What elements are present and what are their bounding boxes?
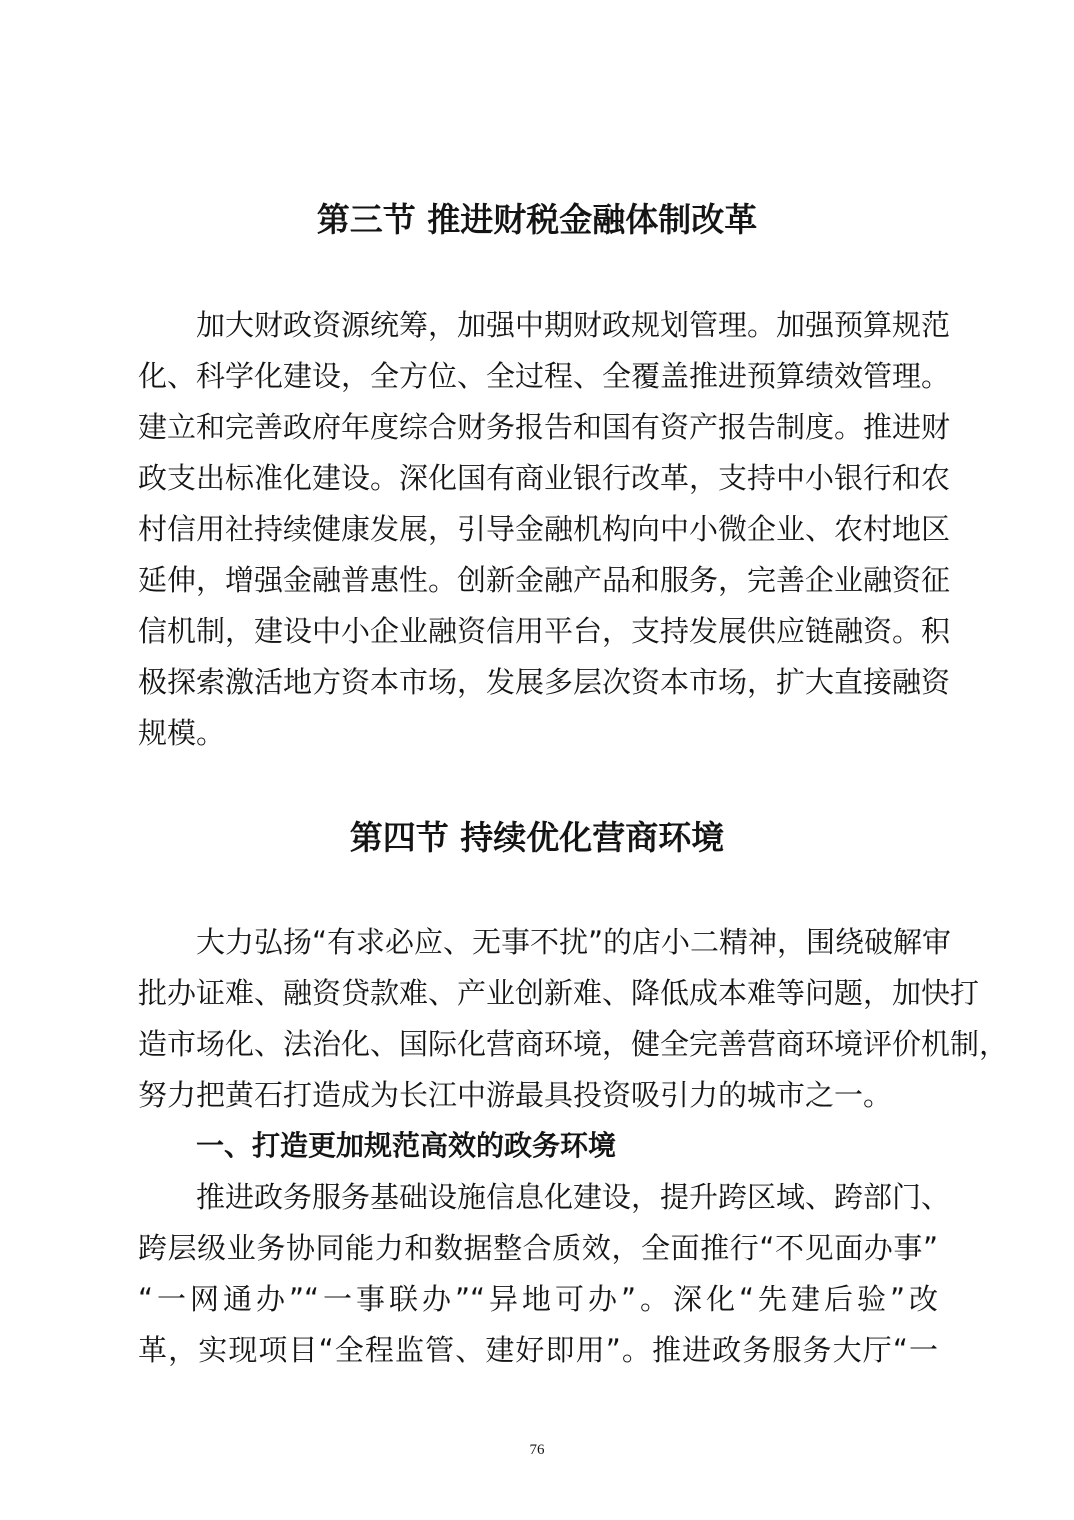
paragraph-line: 造市场化、法治化、国际化营商环境，健全完善营商环境评价机制， [138, 1026, 938, 1062]
paragraph-line: 村信用社持续健康发展，引导金融机构向中小微企业、农村地区 [138, 511, 938, 547]
paragraph-line: 政支出标准化建设。深化国有商业银行改革，支持中小银行和农 [138, 460, 938, 496]
paragraph-line: 推进政务服务基础设施信息化建设，提升跨区域、跨部门、 [196, 1179, 938, 1215]
section-heading-4: 第四节 持续优化营商环境 [0, 818, 1074, 858]
paragraph-line: 延伸，增强金融普惠性。创新金融产品和服务，完善企业融资征 [138, 562, 938, 598]
page-number: 76 [0, 1440, 1074, 1460]
paragraph-line: 努力把黄石打造成为长江中游最具投资吸引力的城市之一。 [138, 1077, 938, 1113]
paragraph-line: 加大财政资源统筹，加强中期财政规划管理。加强预算规范 [196, 307, 938, 343]
paragraph-line: 极探索激活地方资本市场，发展多层次资本市场，扩大直接融资 [138, 664, 938, 700]
paragraph-line: “一网通办”“一事联办”“异地可办”。深化“先建后验”改 [138, 1281, 938, 1317]
paragraph-line: 批办证难、融资贷款难、产业创新难、降低成本难等问题，加快打 [138, 975, 938, 1011]
paragraph-line: 大力弘扬“有求必应、无事不扰”的店小二精神，围绕破解审 [196, 924, 938, 960]
paragraph-line: 建立和完善政府年度综合财务报告和国有资产报告制度。推进财 [138, 409, 938, 445]
document-page: 第三节 推进财税金融体制改革 加大财政资源统筹，加强中期财政规划管理。加强预算规… [0, 0, 1074, 1520]
paragraph-line: 化、科学化建设，全方位、全过程、全覆盖推进预算绩效管理。 [138, 358, 938, 394]
paragraph-line: 跨层级业务协同能力和数据整合质效，全面推行“不见面办事” [138, 1230, 938, 1266]
subsection-heading-1: 一、打造更加规范高效的政务环境 [196, 1128, 616, 1164]
paragraph-line: 规模。 [138, 715, 938, 751]
paragraph-line: 革，实现项目“全程监管、建好即用”。推进政务服务大厅“一 [138, 1332, 938, 1368]
paragraph-line: 信机制，建设中小企业融资信用平台，支持发展供应链融资。积 [138, 613, 938, 649]
section-heading-3: 第三节 推进财税金融体制改革 [0, 200, 1074, 240]
